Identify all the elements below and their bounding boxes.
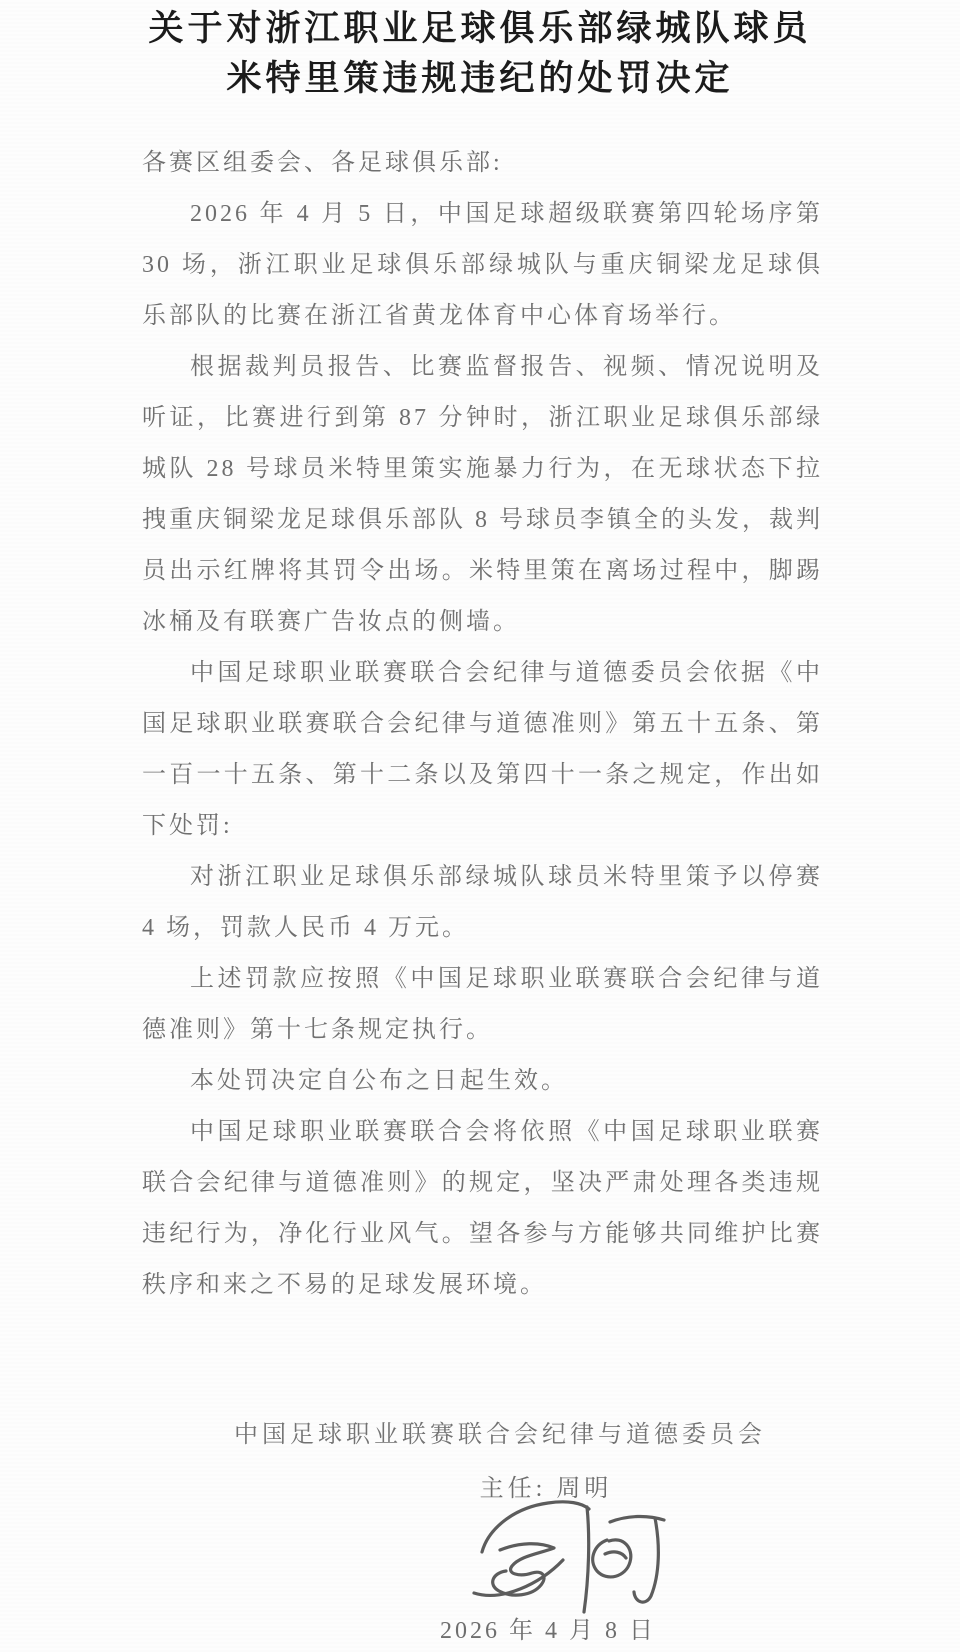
document-body: 各赛区组委会、各足球俱乐部: 2026 年 4 月 5 日，中国足球超级联赛第四…	[142, 138, 823, 1311]
signature-organization: 中国足球职业联赛联合会纪律与道德委员会	[20, 1414, 960, 1449]
body-paragraph-1: 2026 年 4 月 5 日，中国足球超级联赛第四轮场序第 30 场，浙江职业足…	[142, 189, 823, 342]
document-title-line-2: 米特里策违规违纪的处罚决定	[0, 54, 960, 104]
body-paragraph-4: 对浙江职业足球俱乐部绿城队球员米特里策予以停赛 4 场，罚款人民币 4 万元。	[142, 852, 823, 954]
body-paragraph-6: 本处罚决定自公布之日起生效。	[142, 1056, 823, 1107]
body-paragraph-3: 中国足球职业联赛联合会纪律与道德委员会依据《中国足球职业联赛联合会纪律与道德准则…	[142, 648, 823, 852]
body-paragraph-7: 中国足球职业联赛联合会将依照《中国足球职业联赛联合会纪律与道德准则》的规定，坚决…	[142, 1107, 823, 1311]
signature-date: 2026 年 4 月 8 日	[68, 1610, 960, 1645]
body-paragraph-2: 根据裁判员报告、比赛监督报告、视频、情况说明及听证，比赛进行到第 87 分钟时，…	[142, 342, 823, 648]
document-page: 关于对浙江职业足球俱乐部绿城队球员 米特里策违规违纪的处罚决定 各赛区组委会、各…	[0, 0, 960, 1652]
handwritten-signature	[466, 1492, 674, 1618]
salutation: 各赛区组委会、各足球俱乐部:	[142, 138, 823, 189]
document-title: 关于对浙江职业足球俱乐部绿城队球员 米特里策违规违纪的处罚决定	[0, 4, 960, 104]
body-paragraph-5: 上述罚款应按照《中国足球职业联赛联合会纪律与道德准则》第十七条规定执行。	[142, 954, 823, 1056]
document-title-line-1: 关于对浙江职业足球俱乐部绿城队球员	[0, 4, 960, 54]
